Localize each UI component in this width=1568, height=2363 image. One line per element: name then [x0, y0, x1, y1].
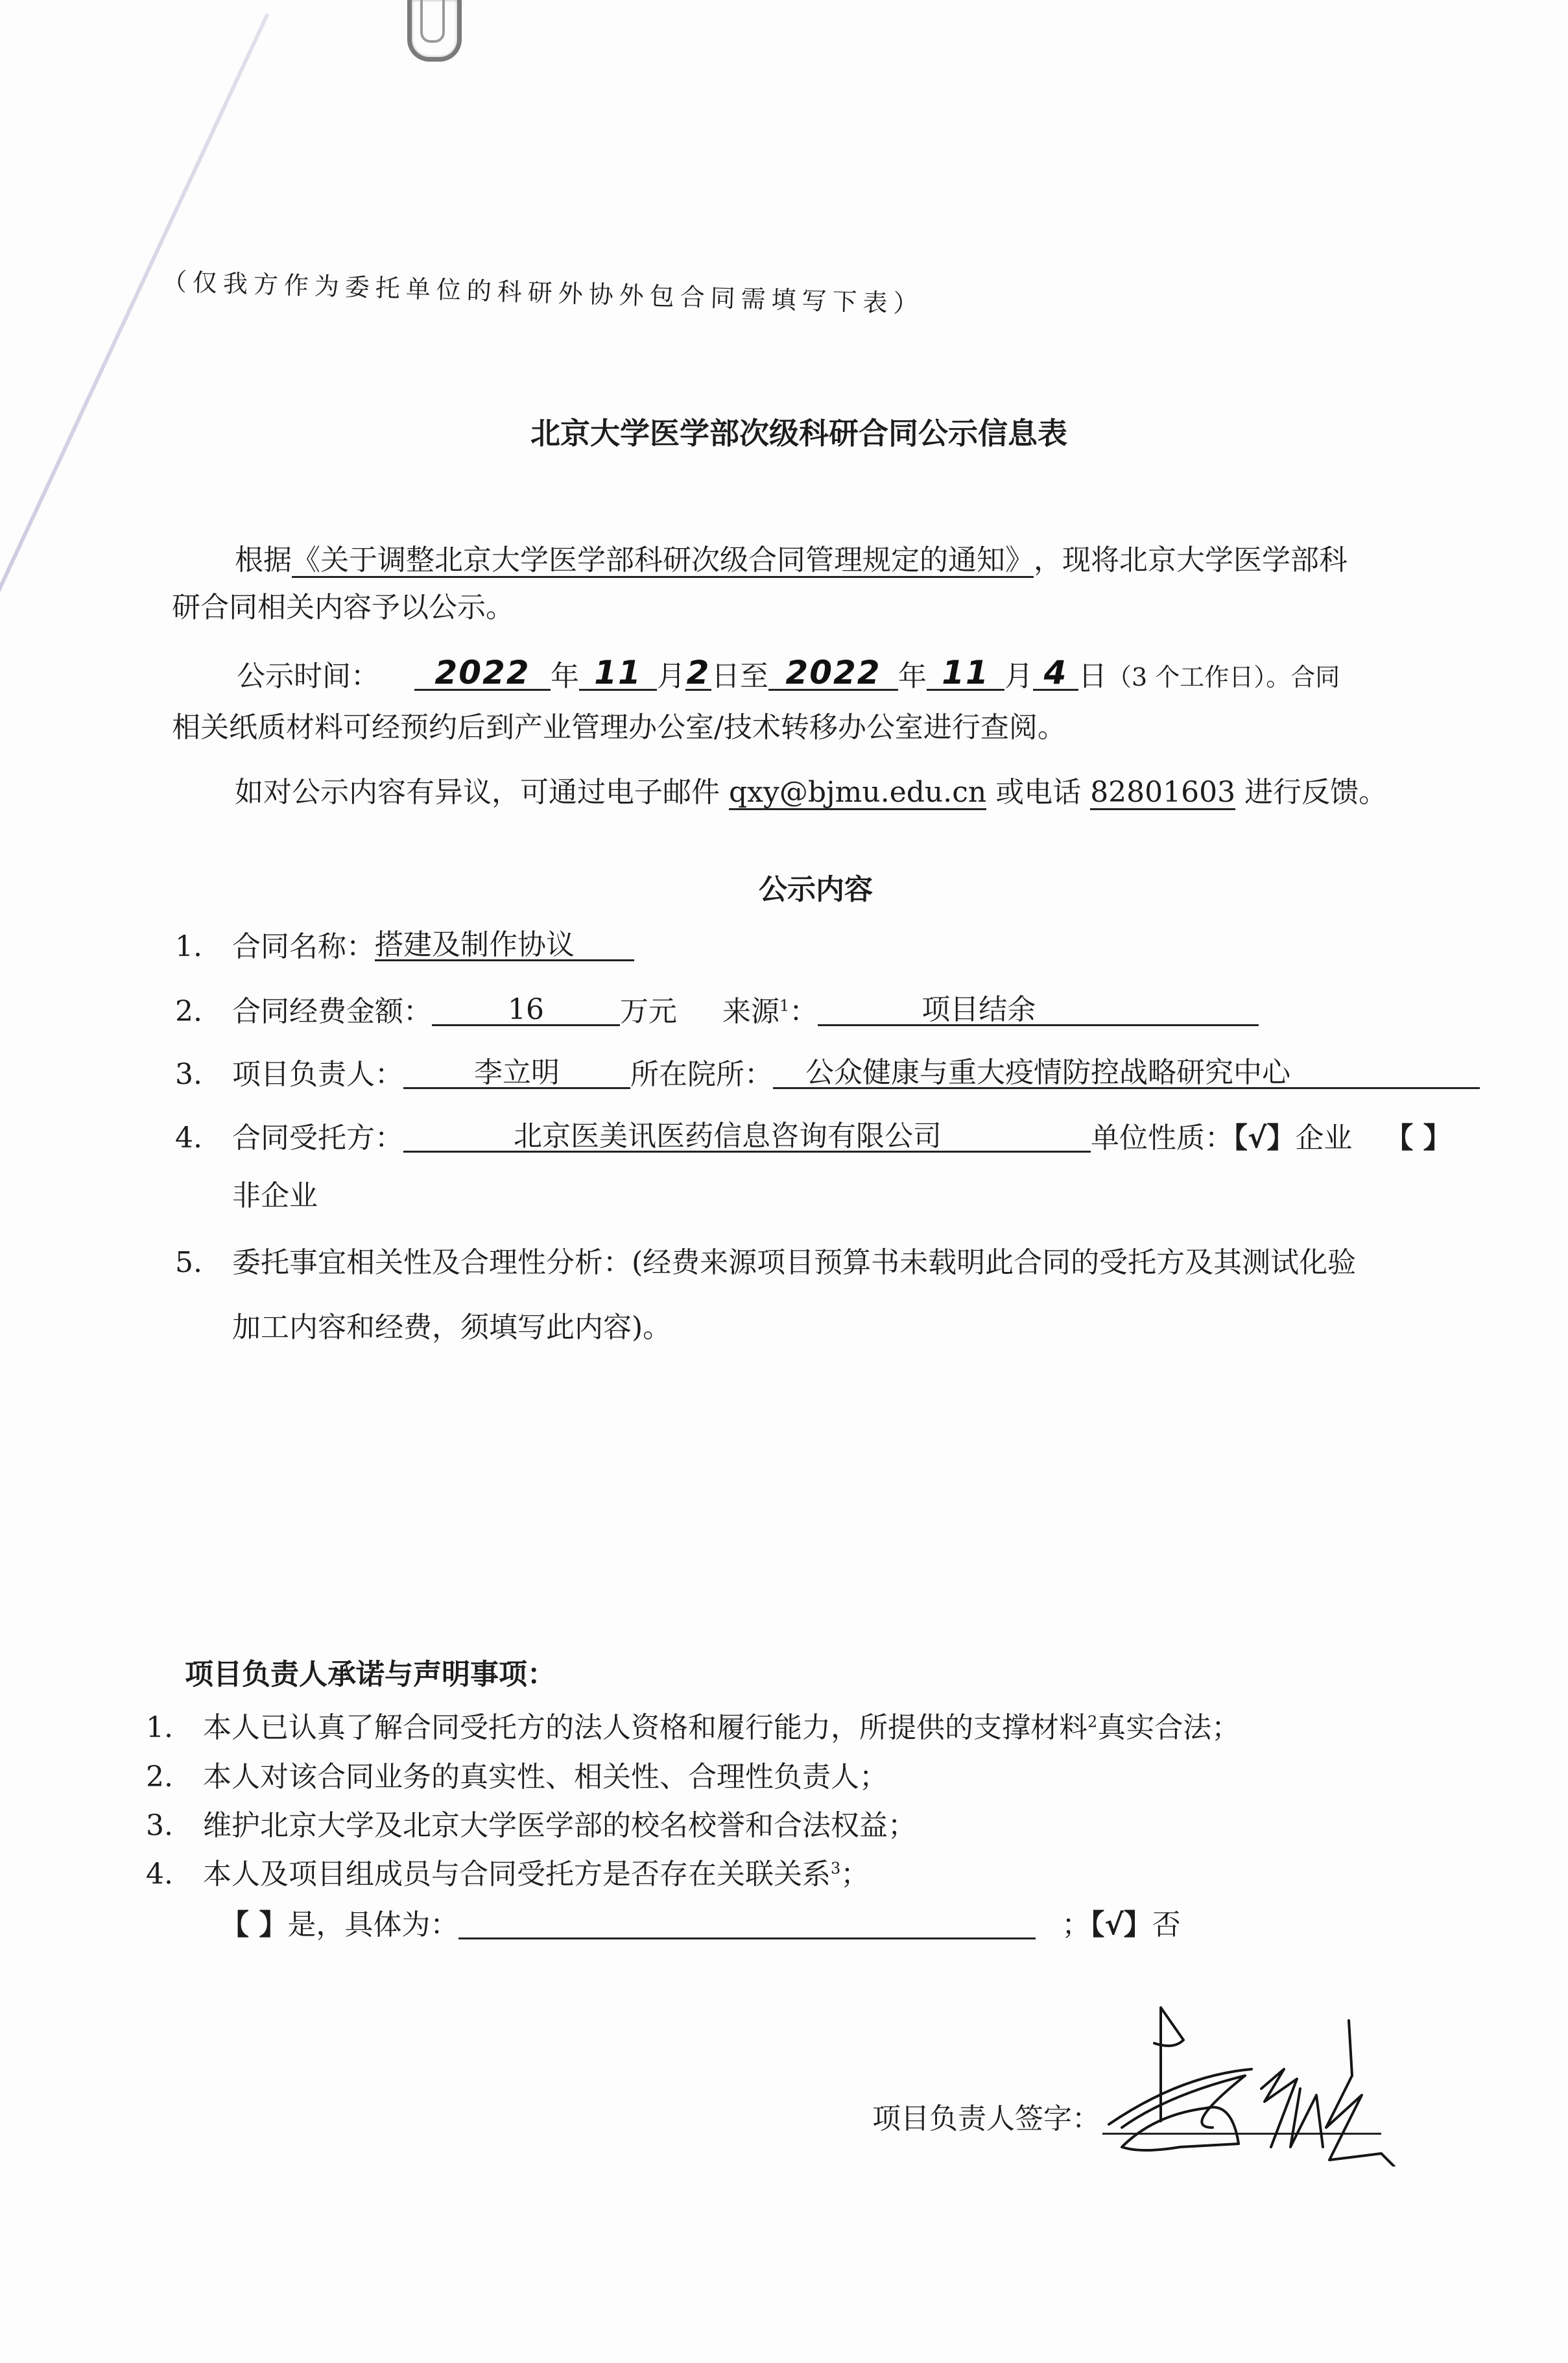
funding-source-field[interactable]: 项目结余: [818, 996, 1259, 1026]
item-contract-amount: 2.合同经费金额：16万元来源1：项目结余: [175, 996, 1259, 1026]
period-line-2: 相关纸质材料可经预约后到产业管理办公室/技术转移办公室进行查阅。: [172, 714, 1066, 742]
intro-line-1: 根据《关于调整北京大学医学部科研次级合同管理规定的通知》，现将北京大学医学部科: [235, 546, 1348, 578]
relationship-detail-field[interactable]: [458, 1909, 1036, 1939]
feedback-phone[interactable]: 82801603: [1090, 778, 1235, 810]
contractor-field[interactable]: 北京医美讯医药信息咨询有限公司: [403, 1122, 1091, 1153]
feedback-email-link[interactable]: qxy@bjmu.edu.cn: [729, 778, 986, 810]
relationship-no-checkbox[interactable]: 【√】: [1090, 1908, 1152, 1941]
commitment-item-1: 1.本人已认真了解合同受托方的法人资格和履行能力，所提供的支撑材料2真实合法；: [146, 1714, 1240, 1742]
feedback-line: 如对公示内容有异议，可通过电子邮件 qxy@bjmu.edu.cn 或电话 82…: [235, 778, 1387, 810]
commitment-title: 项目负责人承诺与声明事项：: [185, 1661, 556, 1689]
amount-field[interactable]: 16: [432, 996, 620, 1026]
handwritten-signature: [1102, 1998, 1414, 2166]
item-contractor: 4.合同受托方：北京医美讯医药信息咨询有限公司单位性质：【√】企业【 】: [175, 1122, 1452, 1153]
intro-line-2: 研合同相关内容予以公示。: [172, 594, 514, 622]
usage-note: （仅我方作为委托单位的科研外协外包合同需填写下表）: [161, 269, 924, 317]
start-month-field[interactable]: 11: [579, 656, 657, 691]
relationship-yes-checkbox[interactable]: 【 】: [220, 1908, 287, 1941]
department-field[interactable]: 公众健康与重大疫情防控战略研究中心: [773, 1059, 1480, 1089]
item-analysis: 5.委托事宜相关性及合理性分析：(经费来源项目预算书未载明此合同的受托方及其测试…: [175, 1249, 1356, 1277]
signature-label: 项目负责人签字：: [872, 2105, 1100, 2133]
commitment-item-4: 4.本人及项目组成员与合同受托方是否存在关联关系3；: [146, 1860, 869, 1889]
end-year-field[interactable]: 2022: [768, 656, 898, 691]
commitment-item-3: 3.维护北京大学及北京大学医学部的校名校誉和合法权益；: [146, 1812, 916, 1840]
item-contract-name: 1.合同名称：搭建及制作协议: [175, 931, 634, 961]
enterprise-checkbox[interactable]: 【√】: [1233, 1122, 1295, 1155]
item-project-lead: 3.项目负责人：李立明所在院所：公众健康与重大疫情防控战略研究中心: [175, 1059, 1480, 1089]
period-duration: （3 个工作日）。合同: [1107, 663, 1340, 691]
page-title: 北京大学医学部次级科研合同公示信息表: [530, 418, 1067, 448]
item-analysis-line-2: 加工内容和经费，须填写此内容)。: [232, 1313, 671, 1342]
start-year-field[interactable]: 2022: [414, 656, 551, 691]
end-month-field[interactable]: 11: [927, 656, 1004, 691]
start-day-field[interactable]: 2: [685, 656, 711, 691]
project-lead-field[interactable]: 李立明: [403, 1059, 630, 1089]
end-day-field[interactable]: 4: [1033, 656, 1078, 691]
period-label: 公示时间：: [237, 660, 379, 693]
relationship-options: 【 】是，具体为：；【√】否: [220, 1909, 1181, 1939]
paper-fold-line: [0, 13, 269, 691]
non-enterprise-checkbox[interactable]: 【 】: [1384, 1122, 1451, 1155]
contract-name-field[interactable]: 搭建及制作协议: [375, 931, 634, 961]
intro-prefix: 根据: [235, 544, 292, 577]
non-enterprise-label: 非企业: [232, 1182, 318, 1210]
regulation-link[interactable]: 《关于调整北京大学医学部科研次级合同管理规定的通知》: [292, 546, 1034, 578]
intro-suffix: ，现将北京大学医学部科: [1034, 544, 1348, 577]
paperclip-inner-icon: [420, 0, 445, 43]
commitment-item-2: 2.本人对该合同业务的真实性、相关性、合理性负责人；: [146, 1763, 888, 1792]
section-title: 公示内容: [759, 876, 873, 904]
publicity-period: 公示时间： 2022年11月2日至2022年11月4日（3 个工作日）。合同: [237, 656, 1340, 691]
